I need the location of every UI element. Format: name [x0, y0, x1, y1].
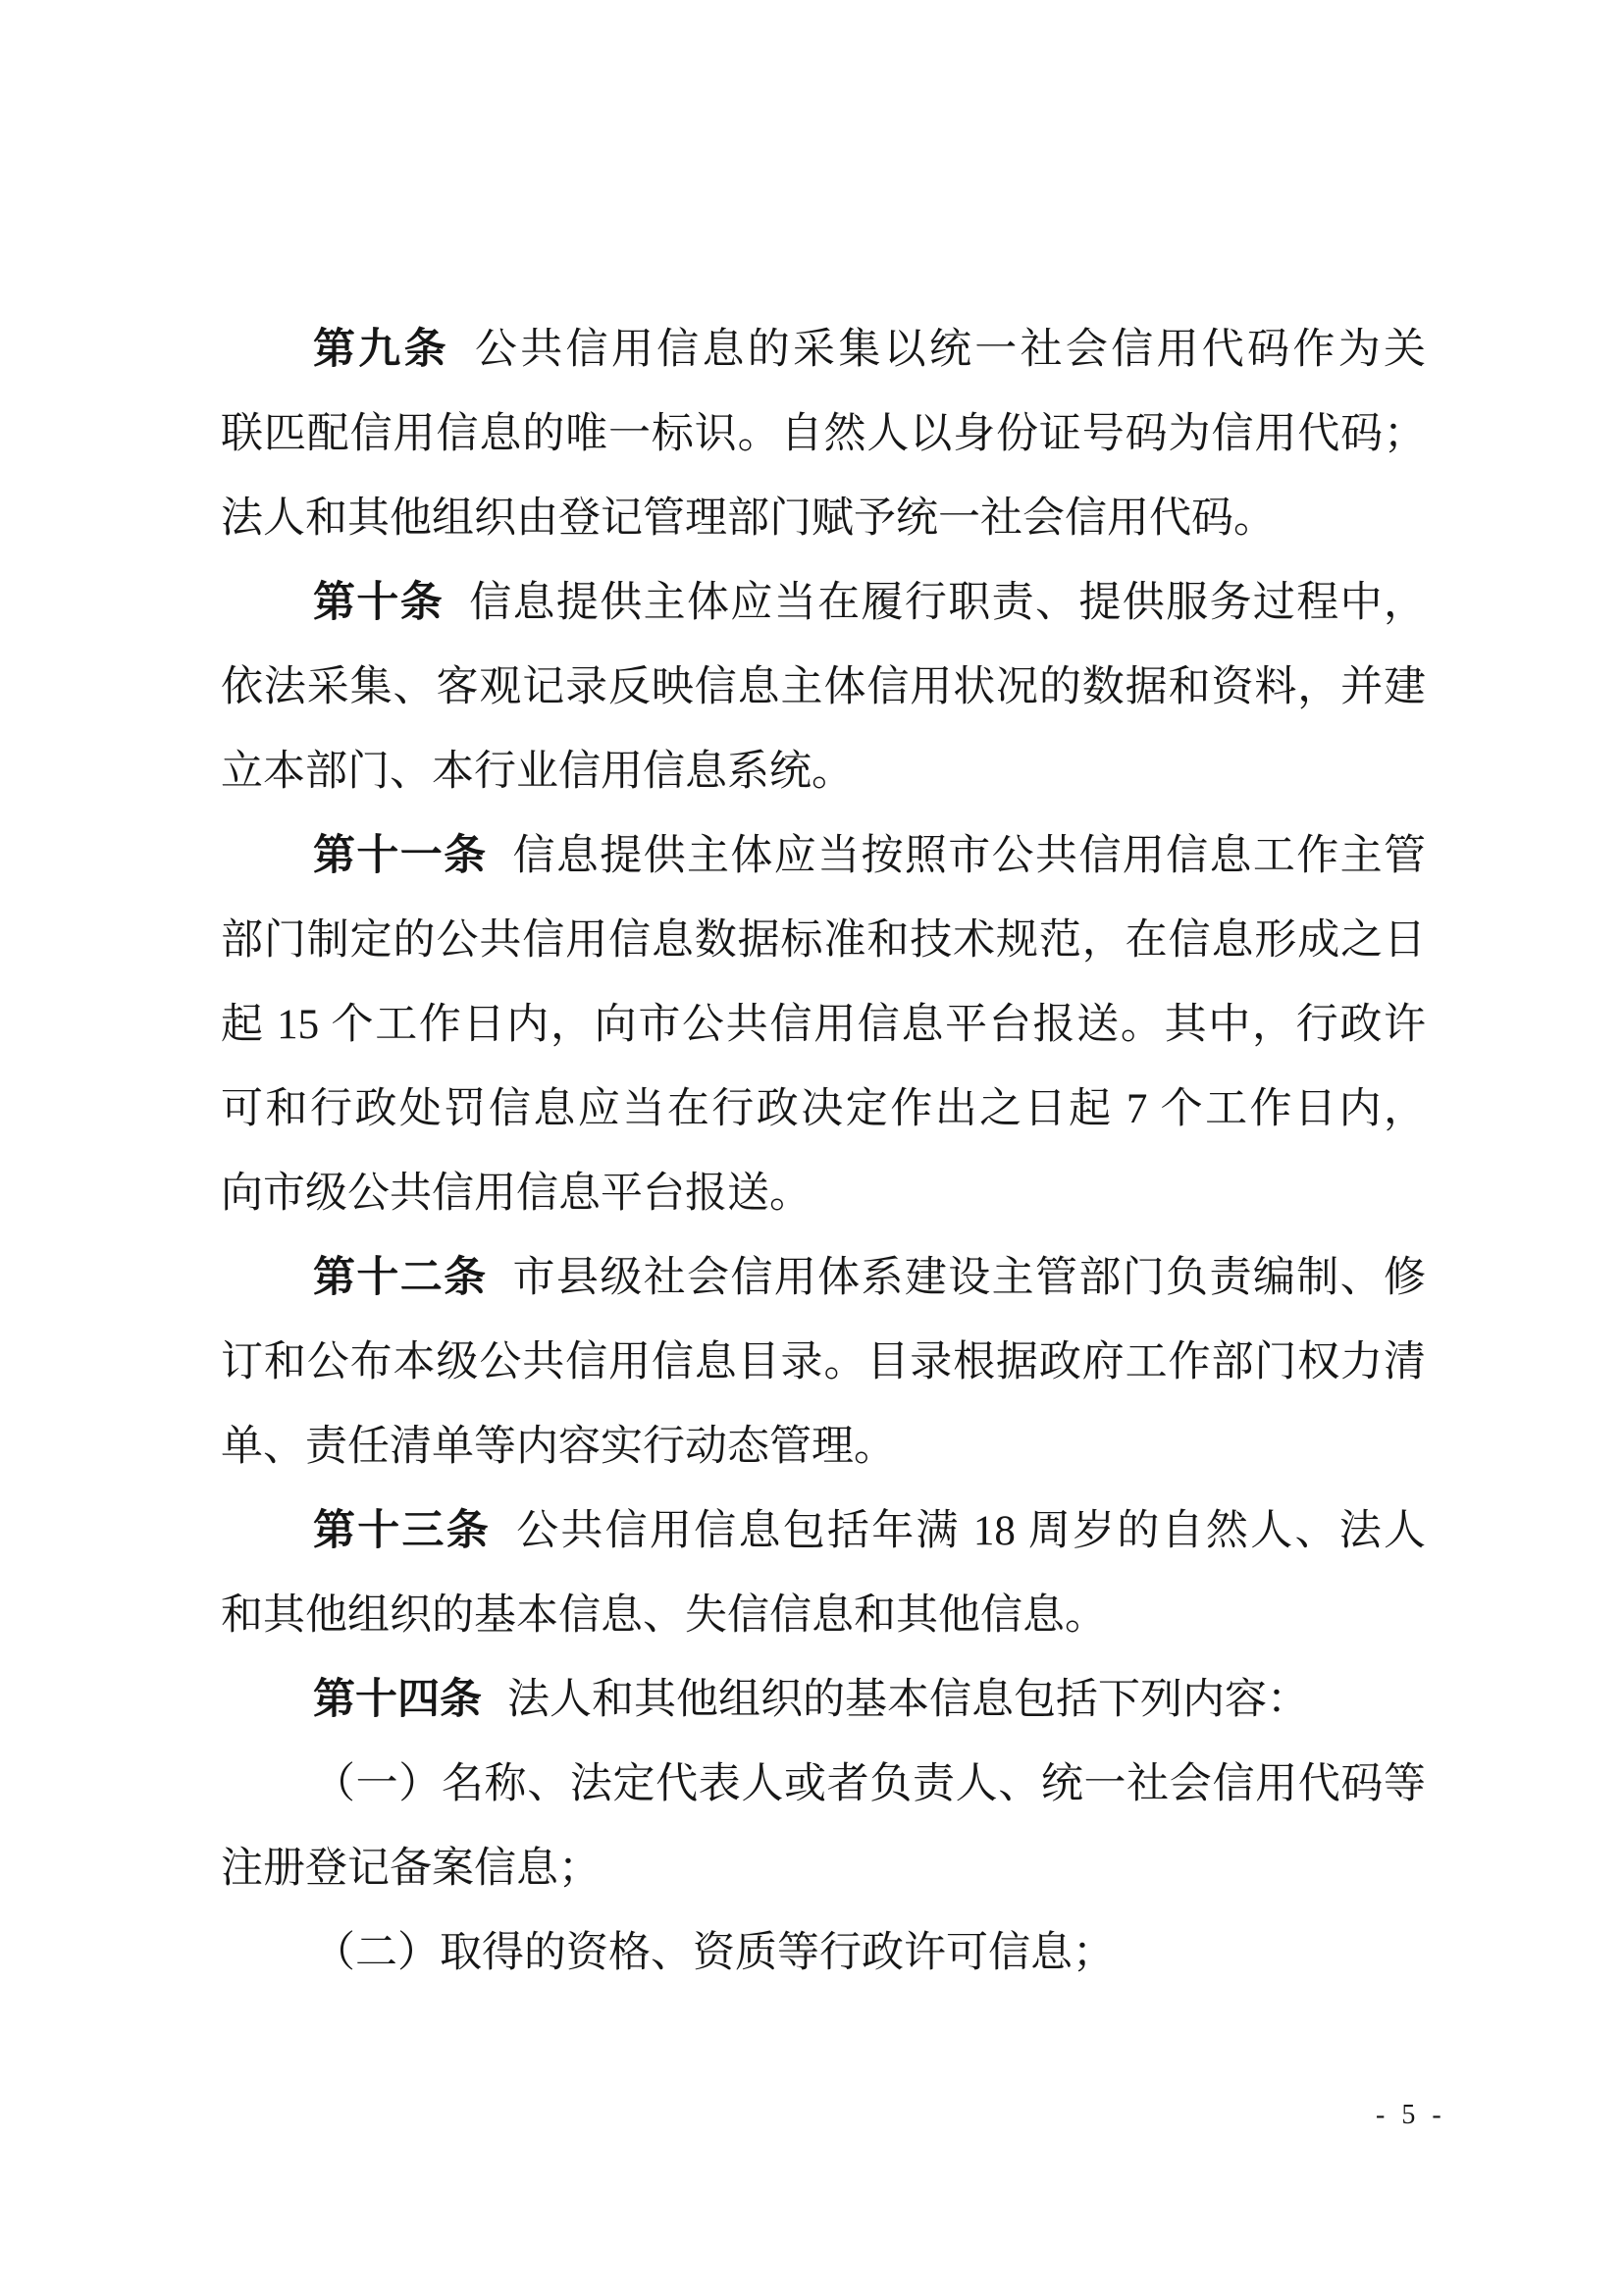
text-block: 第九条公共信用信息的采集以统一社会信用代码作为关 联匹配信用信息的唯一标识。自然…: [221, 308, 1426, 1996]
document-page: 第九条公共信用信息的采集以统一社会信用代码作为关 联匹配信用信息的唯一标识。自然…: [0, 0, 1624, 2296]
paragraph-article-14: 第十四条法人和其他组织的基本信息包括下列内容：: [221, 1658, 1426, 1743]
article-line: 订和公布本级公共信用信息目录。目录根据政府工作部门权力清: [221, 1321, 1426, 1405]
item-line: （二）取得的资格、资质等行政许可信息；: [221, 1911, 1426, 1996]
article-line: 第十四条法人和其他组织的基本信息包括下列内容：: [221, 1658, 1426, 1743]
paragraph-article-11: 第十一条信息提供主体应当按照市公共信用信息工作主管 部门制定的公共信用信息数据标…: [221, 814, 1426, 1236]
article-line: 向市级公共信用信息平台报送。: [221, 1152, 1426, 1236]
article-line: 第十三条公共信用信息包括年满 18 周岁的自然人、法人: [221, 1489, 1426, 1574]
article-9-text-line-1: 公共信用信息的采集以统一社会信用代码作为关: [475, 327, 1426, 373]
article-line: 第十一条信息提供主体应当按照市公共信用信息工作主管: [221, 814, 1426, 899]
article-14-text-line-1: 法人和其他组织的基本信息包括下列内容：: [507, 1677, 1309, 1723]
page-number: - 5 -: [1376, 2096, 1446, 2135]
article-line: 和其他组织的基本信息、失信信息和其他信息。: [221, 1574, 1426, 1658]
article-line: 联匹配信用信息的唯一标识。自然人以身份证号码为信用代码；: [221, 392, 1426, 477]
paragraph-article-13: 第十三条公共信用信息包括年满 18 周岁的自然人、法人 和其他组织的基本信息、失…: [221, 1489, 1426, 1658]
article-line: 第九条公共信用信息的采集以统一社会信用代码作为关: [221, 308, 1426, 392]
article-13-number: 第十三条: [313, 1508, 491, 1554]
article-line: 法人和其他组织由登记管理部门赋予统一社会信用代码。: [221, 477, 1426, 561]
paragraph-article-12: 第十二条市县级社会信用体系建设主管部门负责编制、修 订和公布本级公共信用信息目录…: [221, 1236, 1426, 1489]
article-line: 第十二条市县级社会信用体系建设主管部门负责编制、修: [221, 1236, 1426, 1321]
article-line: 第十条信息提供主体应当在履行职责、提供服务过程中，: [221, 561, 1426, 646]
article-10-text-line-1: 信息提供主体应当在履行职责、提供服务过程中，: [469, 580, 1426, 626]
article-12-text-line-1: 市县级社会信用体系建设主管部门负责编制、修: [513, 1255, 1427, 1301]
article-14-number: 第十四条: [313, 1677, 482, 1723]
paragraph-item-1: （一）名称、法定代表人或者负责人、统一社会信用代码等 注册登记备案信息；: [221, 1743, 1426, 1911]
paragraph-article-10: 第十条信息提供主体应当在履行职责、提供服务过程中， 依法采集、客观记录反映信息主…: [221, 561, 1426, 814]
article-10-number: 第十条: [313, 580, 444, 626]
article-line: 部门制定的公共信用信息数据标准和技术规范，在信息形成之日: [221, 899, 1426, 983]
article-line: 可和行政处罚信息应当在行政决定作出之日起 7 个工作日内，: [221, 1068, 1426, 1152]
paragraph-item-2: （二）取得的资格、资质等行政许可信息；: [221, 1911, 1426, 1996]
article-11-text-line-1: 信息提供主体应当按照市公共信用信息工作主管: [513, 833, 1427, 879]
article-line: 单、责任清单等内容实行动态管理。: [221, 1405, 1426, 1489]
paragraph-article-9: 第九条公共信用信息的采集以统一社会信用代码作为关 联匹配信用信息的唯一标识。自然…: [221, 308, 1426, 561]
article-9-number: 第九条: [313, 327, 449, 373]
article-line: 起 15 个工作日内，向市公共信用信息平台报送。其中，行政许: [221, 983, 1426, 1068]
item-line: 注册登记备案信息；: [221, 1827, 1426, 1911]
article-11-number: 第十一条: [313, 833, 488, 879]
article-12-number: 第十二条: [313, 1255, 488, 1301]
article-line: 立本部门、本行业信用信息系统。: [221, 730, 1426, 814]
article-line: 依法采集、客观记录反映信息主体信用状况的数据和资料，并建: [221, 646, 1426, 730]
article-13-text-line-1: 公共信用信息包括年满 18 周岁的自然人、法人: [516, 1508, 1426, 1554]
item-line: （一）名称、法定代表人或者负责人、统一社会信用代码等: [221, 1743, 1426, 1827]
